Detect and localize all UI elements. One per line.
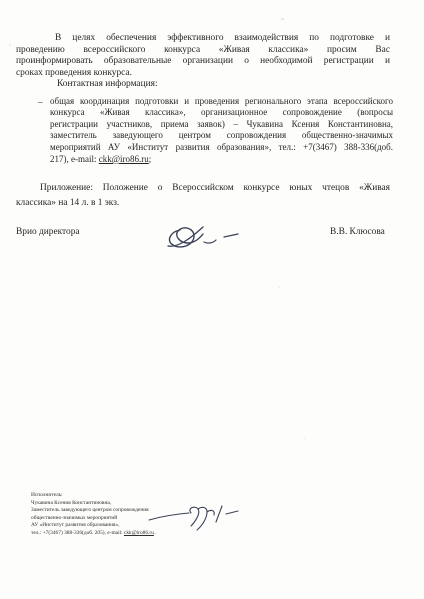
executor-label: Исполнитель: bbox=[31, 492, 231, 500]
paragraph-line: проинформировать образовательные организ… bbox=[16, 56, 390, 68]
paragraph-line: Приложение: Положение о Всероссийском ко… bbox=[16, 181, 390, 196]
contact-email: ckk@iro86.ru bbox=[99, 154, 149, 164]
paragraph-line: заместитель заведующего центром сопровож… bbox=[50, 130, 393, 142]
phone-text: тел.: +7(3467) 388-336(доб. 205), e-mail… bbox=[31, 530, 124, 536]
attachment-paragraph: Приложение: Положение о Всероссийском ко… bbox=[16, 181, 390, 210]
contact-bullet-item: общая координация подготовки и проведени… bbox=[50, 96, 393, 166]
paragraph-line: В целях обеспечения эффективного взаимод… bbox=[16, 33, 390, 45]
contact-info-heading: Контактная информация: bbox=[16, 79, 390, 91]
bullet-dash: – bbox=[38, 97, 43, 109]
paragraph-line: классика» на 14 л. в 1 экз. bbox=[16, 196, 390, 211]
scan-speck bbox=[9, 44, 11, 46]
email-prefix-text: 217), e-mail: bbox=[50, 154, 99, 164]
scanned-letter-page: В целях обеспечения эффективного взаимод… bbox=[0, 0, 424, 599]
paragraph-line: общая координация подготовки и проведени… bbox=[50, 96, 393, 108]
scan-speck bbox=[304, 437, 306, 439]
email-suffix-text: ; bbox=[149, 154, 152, 164]
paragraph-line: 217), e-mail: ckk@iro86.ru; bbox=[50, 154, 393, 166]
signer-name: В.В. Клюсова bbox=[330, 227, 385, 237]
scan-speck bbox=[278, 286, 280, 288]
paragraph-line: регистрации участников, приема заявок) –… bbox=[50, 119, 393, 131]
signer-position-title: Врио директора bbox=[16, 227, 80, 237]
director-signature bbox=[158, 219, 258, 255]
intro-paragraph: В целях обеспечения эффективного взаимод… bbox=[16, 33, 390, 91]
paragraph-line: мероприятий АУ «Институт развития образо… bbox=[50, 142, 393, 154]
scan-speck bbox=[281, 18, 284, 20]
paragraph-line: конкурса «Живая классика», организационн… bbox=[50, 107, 393, 119]
executor-paraph-signature bbox=[145, 501, 240, 533]
paragraph-line: сроках проведения конкурса. bbox=[16, 68, 390, 80]
paragraph-line: проведению всероссийского конкурса «Жива… bbox=[16, 45, 390, 57]
